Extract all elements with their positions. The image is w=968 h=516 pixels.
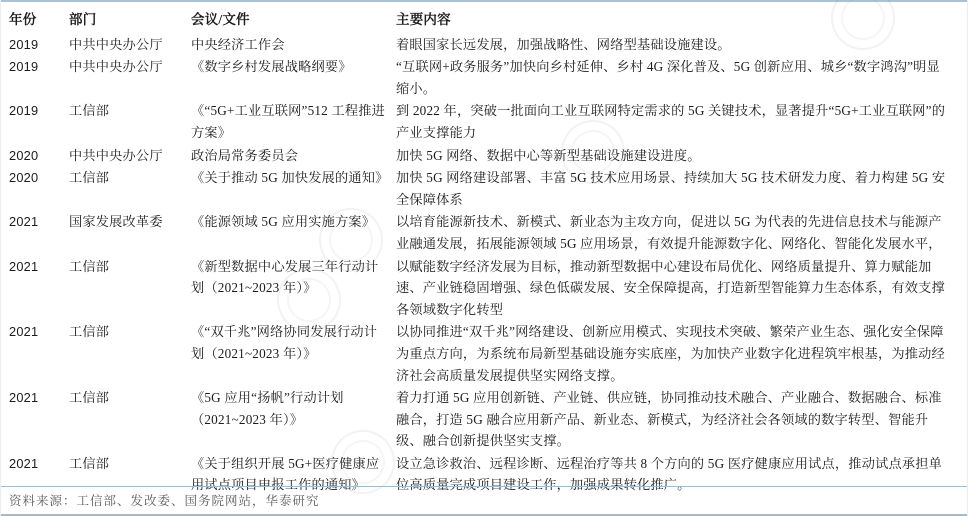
cell-year: 2021 xyxy=(9,387,69,453)
cell-dept: 工信部 xyxy=(69,167,191,211)
source-note: 资料来源：工信部、发改委、国务院网站，华泰研究 xyxy=(1,487,967,514)
cell-doc: 《“5G+工业互联网”512 工程推进方案》 xyxy=(191,100,396,144)
cell-dept: 中共中央办公厅 xyxy=(69,56,191,100)
policy-table: 年份 部门 会议/文件 主要内容 2019 中共中央办公厅 中央经济工作会 着眼… xyxy=(1,2,967,497)
cell-content: 加快 5G 网络建设部署、丰富 5G 技术应用场景、持续加大 5G 技术研发力度… xyxy=(396,167,959,211)
cell-doc: 《5G 应用“扬帆”行动计划（2021~2023 年）》 xyxy=(191,387,396,453)
cell-content: 到 2022 年，突破一批面向工业互联网特定需求的 5G 关键技术，显著提升“5… xyxy=(396,100,959,144)
cell-doc: 《“双千兆”网络协同发展行动计划（2021~2023 年）》 xyxy=(191,321,396,387)
cell-doc: 政治局常务委员会 xyxy=(191,145,396,168)
column-header-content: 主要内容 xyxy=(396,2,959,34)
cell-dept: 中共中央办公厅 xyxy=(69,145,191,168)
cell-year: 2019 xyxy=(9,100,69,144)
column-header-doc: 会议/文件 xyxy=(191,2,396,34)
cell-year: 2020 xyxy=(9,167,69,211)
cell-year: 2019 xyxy=(9,34,69,57)
cell-dept: 国家发展改革委 xyxy=(69,211,191,255)
cell-content: 以培育能源新技术、新模式、新业态为主攻方向，促进以 5G 为代表的先进信息技术与… xyxy=(396,211,959,255)
cell-dept: 中共中央办公厅 xyxy=(69,34,191,57)
column-header-dept: 部门 xyxy=(69,2,191,34)
cell-content: 着力打通 5G 应用创新链、产业链、供应链，协同推动技术融合、产业融合、数据融合… xyxy=(396,387,959,453)
cell-doc: 《能源领域 5G 应用实施方案》 xyxy=(191,211,396,255)
cell-year: 2021 xyxy=(9,256,69,322)
cell-content: 加快 5G 网络、数据中心等新型基础设施建设进度。 xyxy=(396,145,959,168)
cell-doc: 《数字乡村发展战略纲要》 xyxy=(191,56,396,100)
cell-dept: 工信部 xyxy=(69,321,191,387)
cell-content: 以赋能数字经济发展为目标，推动新型数据中心建设布局优化、网络质量提升、算力赋能加… xyxy=(396,256,959,322)
column-header-year: 年份 xyxy=(9,2,69,34)
cell-doc: 《新型数据中心发展三年行动计划（2021~2023 年）》 xyxy=(191,256,396,322)
cell-doc: 《关于推动 5G 加快发展的通知》 xyxy=(191,167,396,211)
cell-year: 2021 xyxy=(9,321,69,387)
cell-content: 着眼国家长远发展，加强战略性、网络型基础设施建设。 xyxy=(396,34,959,57)
cell-doc: 中央经济工作会 xyxy=(191,34,396,57)
report-page: { "table": { "columns": [ { "key": "year… xyxy=(0,0,968,516)
cell-content: 以协同推进“双千兆”网络建设、创新应用模式、实现技术突破、繁荣产业生态、强化安全… xyxy=(396,321,959,387)
cell-year: 2021 xyxy=(9,211,69,255)
cell-content: “互联网+政务服务”加快向乡村延伸、乡村 4G 深化普及、5G 创新应用、城乡“… xyxy=(396,56,959,100)
footer: 资料来源：工信部、发改委、国务院网站，华泰研究 xyxy=(1,486,967,516)
cell-year: 2019 xyxy=(9,56,69,100)
cell-dept: 工信部 xyxy=(69,100,191,144)
cell-dept: 工信部 xyxy=(69,387,191,453)
cell-year: 2020 xyxy=(9,145,69,168)
cell-dept: 工信部 xyxy=(69,256,191,322)
